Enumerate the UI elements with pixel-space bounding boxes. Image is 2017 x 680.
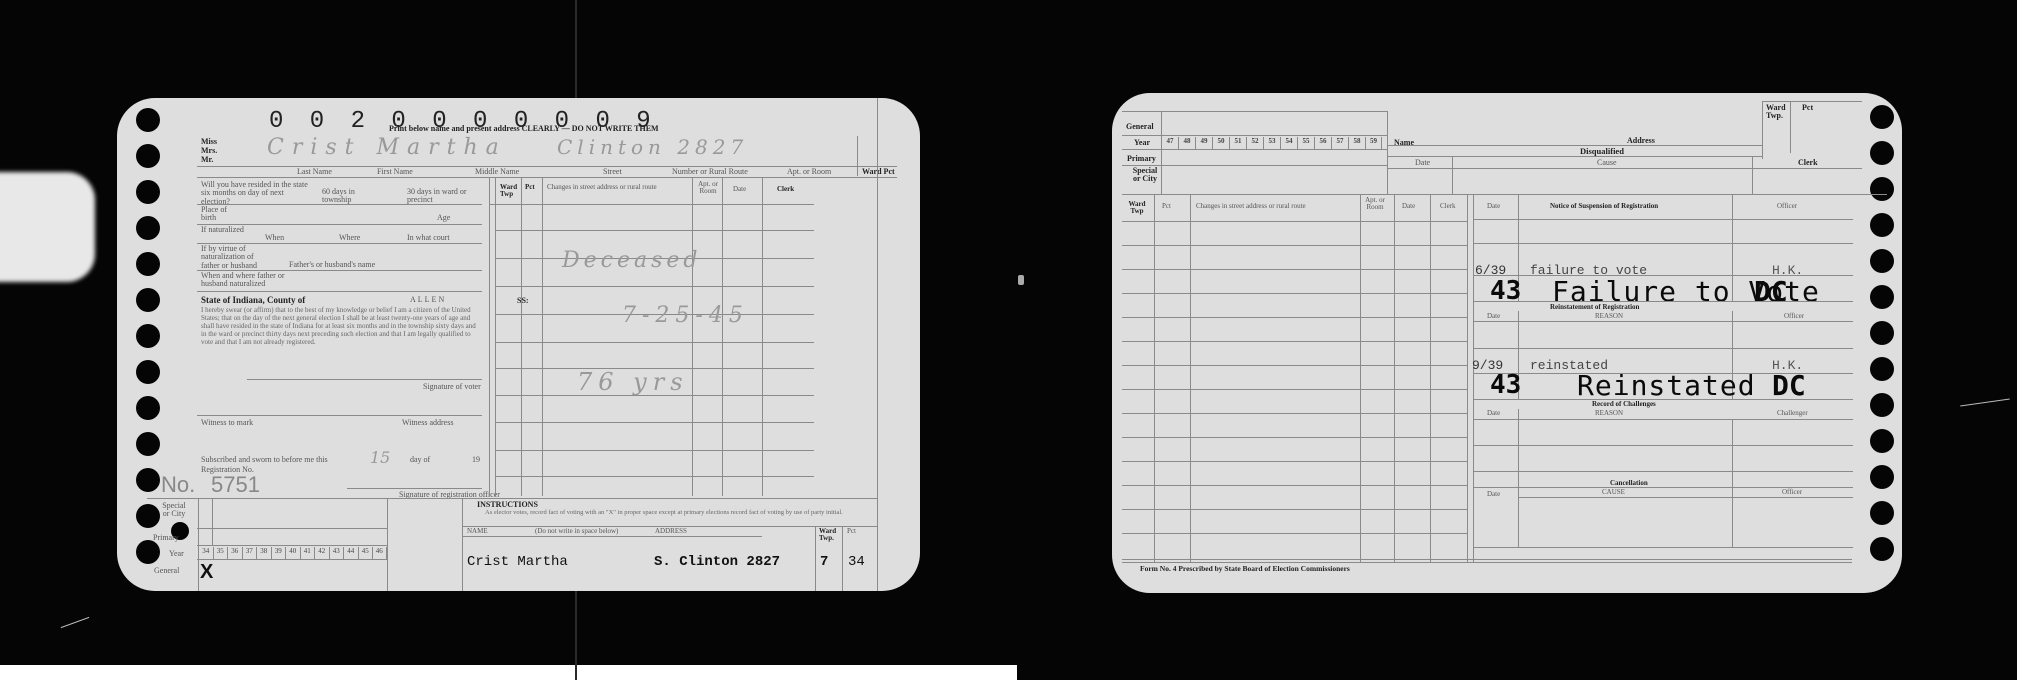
- handwritten-death-date: 7-25-45: [622, 303, 749, 328]
- scan-border-strip: [0, 665, 1017, 680]
- subscribed-text: Subscribed and sworn to before me this: [201, 456, 328, 464]
- punch-hole: [136, 432, 160, 456]
- form-footer: Form No. 4 Prescribed by State Board of …: [1140, 565, 1350, 573]
- reinstatement-header-date: Date: [1487, 313, 1500, 320]
- film-scratch: [1960, 399, 2010, 407]
- header-instruction: Print below name and present address CLE…: [389, 125, 659, 133]
- back-row-year: Year: [1134, 139, 1150, 147]
- cancellation-header-cause: CAUSE: [1602, 489, 1625, 496]
- punch-hole: [136, 216, 160, 240]
- changes-header-apt: Apt. or Room: [697, 181, 719, 196]
- challenges-header-reason: REASON: [1595, 410, 1623, 417]
- handwritten-name: Crist Martha: [267, 135, 507, 160]
- punch-hole: [1870, 501, 1894, 525]
- typed-voter-name: Crist Martha: [467, 554, 568, 570]
- handwritten-deceased: Deceased: [562, 248, 702, 273]
- footer-ward-label: Ward Twp.: [819, 528, 839, 543]
- label-last-name: Last Name: [297, 168, 332, 176]
- handwritten-address: Clinton 2827: [557, 135, 748, 159]
- back-row-primary: Primary: [1127, 155, 1156, 163]
- punch-hole: [1870, 537, 1894, 561]
- punch-hole: [136, 288, 160, 312]
- label-age: Age: [437, 214, 450, 222]
- changes-header-address: Changes in street address or rural route: [547, 184, 657, 191]
- handwritten-age-at-death: 76 yrs: [577, 368, 689, 396]
- back-row-general: General: [1126, 123, 1154, 131]
- registration-number: 5751: [211, 473, 260, 496]
- label-naturalized: If naturalized: [201, 226, 246, 234]
- challenges-header-date: Date: [1487, 410, 1500, 417]
- punch-hole: [1870, 465, 1894, 489]
- label-signature-voter: Signature of voter: [423, 383, 481, 391]
- punch-hole: [136, 108, 160, 132]
- label-witness-address: Witness address: [402, 419, 453, 427]
- suspension-header-title: Notice of Suspension of Registration: [1550, 203, 1658, 210]
- punch-hole: [136, 468, 160, 492]
- back-label-date: Date: [1415, 159, 1430, 167]
- film-scratch: [575, 0, 577, 98]
- punch-hole: [1870, 141, 1894, 165]
- back-label-disqualified: Disqualified: [1580, 147, 1624, 156]
- challenges-title: Record of Challenges: [1592, 401, 1656, 408]
- vote-row-primary: Primary: [153, 534, 179, 542]
- back-changes-header-ward: Ward Twp: [1126, 201, 1148, 216]
- oath-text: I hereby swear (or affirm) that to the b…: [201, 306, 481, 346]
- punch-hole: [1870, 357, 1894, 381]
- residency-township: 60 days in township: [322, 188, 382, 205]
- film-scratch: [575, 591, 577, 680]
- label-number-rural-route: Number or Rural Route: [672, 168, 748, 176]
- residency-ward: 30 days in ward or precinct: [407, 188, 477, 205]
- cancellation-header-date: Date: [1487, 491, 1500, 498]
- punch-hole: [136, 180, 160, 204]
- back-changes-header-apt: Apt. or Room: [1363, 197, 1387, 212]
- punch-hole: [136, 396, 160, 420]
- reinstatement-stamp-year: 43: [1490, 370, 1521, 400]
- punch-hole: [1870, 285, 1894, 309]
- registration-card-back: General Year Primary Special or City 47 …: [1112, 93, 1902, 593]
- changes-header-ward: Ward Twp: [500, 184, 520, 199]
- suspension-header-date: Date: [1487, 203, 1500, 210]
- back-label-clerk: Clerk: [1798, 159, 1818, 167]
- changes-header-date: Date: [733, 186, 746, 193]
- year-grid: 34 35 36 37 38 39 40 41 42 43 44 45 46: [198, 547, 387, 559]
- label-ward-pct: Ward Pct: [862, 168, 895, 176]
- film-scratch: [61, 617, 90, 628]
- punch-hole: [136, 540, 160, 564]
- punch-hole: [136, 144, 160, 168]
- back-changes-header-date: Date: [1402, 203, 1415, 210]
- label-when-where-naturalized: When and where father or husband natural…: [201, 272, 286, 289]
- label-middle-name: Middle Name: [475, 168, 519, 176]
- label-court: In what court: [407, 234, 450, 242]
- vote-row-general: General: [154, 567, 179, 575]
- footer-note: (Do not write in space below): [535, 528, 618, 535]
- suspension-stamp-officer: DC: [1754, 275, 1788, 308]
- oath-ss: SS:: [517, 297, 529, 305]
- back-row-special: Special or City: [1130, 167, 1160, 184]
- film-speck: [1018, 275, 1024, 285]
- back-label-cause: Cause: [1597, 159, 1617, 167]
- punch-hole: [1870, 393, 1894, 417]
- punch-hole: [136, 504, 160, 528]
- typed-ward: 7: [820, 554, 828, 570]
- back-changes-header-clerk: Clerk: [1440, 203, 1456, 210]
- subscribed-year: 19: [472, 456, 480, 464]
- residency-question: Will you have resided in the state six m…: [201, 181, 311, 206]
- punch-hole: [1870, 429, 1894, 453]
- punch-hole: [136, 252, 160, 276]
- punch-hole: [136, 360, 160, 384]
- punch-hole: [1870, 321, 1894, 345]
- label-when: When: [265, 234, 284, 242]
- punch-hole: [1870, 249, 1894, 273]
- oath-county-value: ALLEN: [410, 296, 446, 304]
- label-apt: Apt. or Room: [787, 168, 831, 176]
- back-year-grid: 47 48 49 50 51 52 53 54 55 56 57 58 59: [1161, 137, 1382, 149]
- back-label-ward: Ward Twp.: [1766, 104, 1786, 121]
- back-label-pct: Pct: [1802, 104, 1813, 112]
- challenges-header-challenger: Challenger: [1777, 410, 1808, 417]
- label-place-of-birth: Place of birth: [201, 206, 241, 223]
- registration-prefix: No.: [161, 473, 195, 496]
- label-father-husband-name: Father's or husband's name: [289, 261, 375, 269]
- adjacent-card-edge: [0, 172, 95, 282]
- changes-header-clerk: Clerk: [777, 186, 794, 193]
- registration-card-front: 0 0 2 0 0 0 0 0 0 9 Print below name and…: [117, 98, 920, 591]
- general-vote-mark: X: [200, 562, 213, 583]
- typed-pct: 34: [848, 554, 865, 570]
- punch-hole: [136, 324, 160, 348]
- back-changes-header-address: Changes in street address or rural route: [1196, 203, 1306, 210]
- suspension-header-officer: Officer: [1777, 203, 1797, 210]
- reinstatement-stamp-reason: Reinstated: [1577, 369, 1756, 402]
- oath-state-county: State of Indiana, County of: [201, 296, 305, 305]
- salutation-mr: Mr.: [201, 156, 213, 164]
- punch-hole: [1870, 177, 1894, 201]
- reinstatement-header-officer: Officer: [1784, 313, 1804, 320]
- subscribed-day: 15: [370, 448, 390, 467]
- label-first-name: First Name: [377, 168, 413, 176]
- instructions-text: As elector votes, record fact of voting …: [485, 509, 865, 516]
- label-street: Street: [603, 168, 622, 176]
- typed-voter-address: S. Clinton 2827: [654, 554, 780, 570]
- changes-header-pct: Pct: [525, 184, 535, 191]
- back-label-name: Name: [1394, 139, 1414, 147]
- reinstatement-header-reason: REASON: [1595, 313, 1623, 320]
- cancellation-header-officer: Officer: [1782, 489, 1802, 496]
- label-where: Where: [339, 234, 360, 242]
- subscribed-day-of: day of: [410, 456, 430, 464]
- punch-hole: [1870, 105, 1894, 129]
- back-changes-header-pct: Pct: [1162, 203, 1171, 210]
- label-by-virtue: If by virtue of naturalization of father…: [201, 245, 271, 270]
- reinstatement-title: Reinstatement of Registration: [1550, 304, 1639, 311]
- reinstatement-stamp-officer: DC: [1772, 369, 1806, 402]
- footer-address-label: ADDRESS: [655, 528, 687, 535]
- vote-row-year: Year: [169, 550, 184, 558]
- vote-row-special: Special or City: [159, 502, 189, 519]
- footer-name-label: NAME: [467, 528, 488, 535]
- punch-hole: [1870, 213, 1894, 237]
- footer-pct-label: Pct: [847, 528, 856, 535]
- label-witness-mark: Witness to mark: [201, 419, 253, 427]
